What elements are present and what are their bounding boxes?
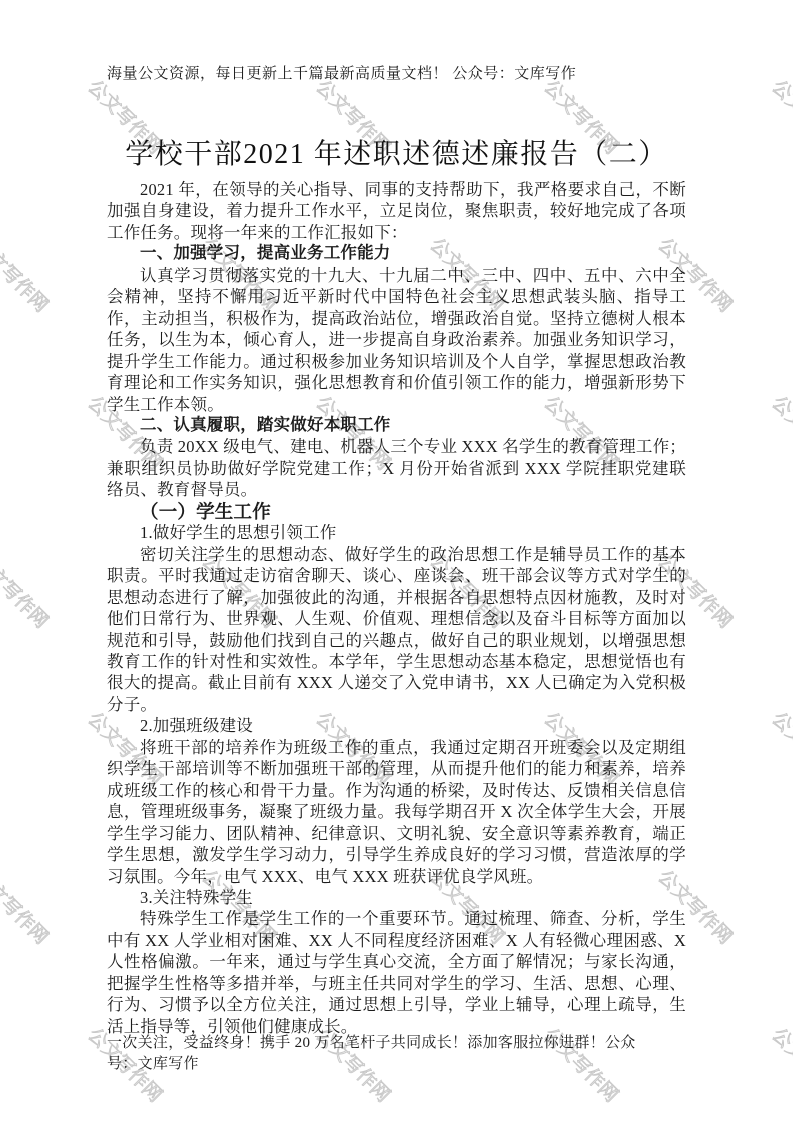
section-heading: 二、认真履职，踏实做好本职工作	[107, 415, 686, 436]
watermark-text: 公文写作网	[0, 547, 55, 633]
watermark-text: 公文写作网	[767, 73, 793, 159]
body-paragraph: 将班干部的培养作为班级工作的重点，我通过定期召开班委会以及定期组织学生干部培训等…	[107, 737, 686, 887]
body-paragraph: 2021 年，在领导的关心指导、同事的支持帮助下，我严格要求自己，不断加强自身建…	[107, 179, 686, 243]
watermark-text: 公文写作网	[767, 705, 793, 791]
watermark-text: 公文写作网	[425, 0, 511, 1]
document-page: 公文写作网公文写作网公文写作网公文写作网公文写作网公文写作网公文写作网公文写作网…	[0, 0, 793, 1122]
promo-footer-note: 一次关注，受益终身！携手 20 万名笔杆子共同成长！添加客服拉你进群！公众号：文…	[107, 1033, 664, 1075]
watermark-text: 公文写作网	[197, 0, 283, 1]
body-paragraph: 认真学习贯彻落实党的十九大、十九届二中、三中、四中、五中、六中全会精神，坚持不懈…	[107, 265, 686, 415]
body-paragraph: 密切关注学生的思想动态、做好学生的政治思想工作是辅导员工作的基本职责。平时我通过…	[107, 544, 686, 716]
body-paragraph: 特殊学生工作是学生工作的一个重要环节。通过梳理、筛查、分析，学生中有 XX 人学…	[107, 908, 686, 1037]
document-content: 学校干部2021 年述职述德述廉报告（二） 2021 年，在领导的关心指导、同事…	[107, 138, 686, 1037]
section-heading: 一、加强学习，提高业务工作能力	[107, 243, 686, 264]
watermark-text: 公文写作网	[653, 0, 739, 1]
watermark-text: 公文写作网	[0, 231, 55, 317]
document-body: 2021 年，在领导的关心指导、同事的支持帮助下，我严格要求自己，不断加强自身建…	[107, 179, 686, 1037]
watermark-text: 公文写作网	[767, 389, 793, 475]
subsection-heading: （一）学生工作	[107, 501, 686, 522]
promo-header-note: 海量公文资源，每日更新上千篇最新高质量文档！ 公众号：文库写作	[107, 64, 693, 84]
body-paragraph: 负责 20XX 级电气、建电、机器人三个专业 XXX 名学生的教育管理工作；兼职…	[107, 436, 686, 500]
watermark-text: 公文写作网	[0, 0, 55, 1]
numbered-sub-heading: 3.关注特殊学生	[107, 887, 686, 908]
numbered-sub-heading: 2.加强班级建设	[107, 715, 686, 736]
numbered-sub-heading: 1.做好学生的思想引领工作	[107, 522, 686, 543]
document-title: 学校干部2021 年述职述德述廉报告（二）	[107, 138, 686, 172]
watermark-text: 公文写作网	[767, 1021, 793, 1107]
watermark-text: 公文写作网	[0, 863, 55, 949]
